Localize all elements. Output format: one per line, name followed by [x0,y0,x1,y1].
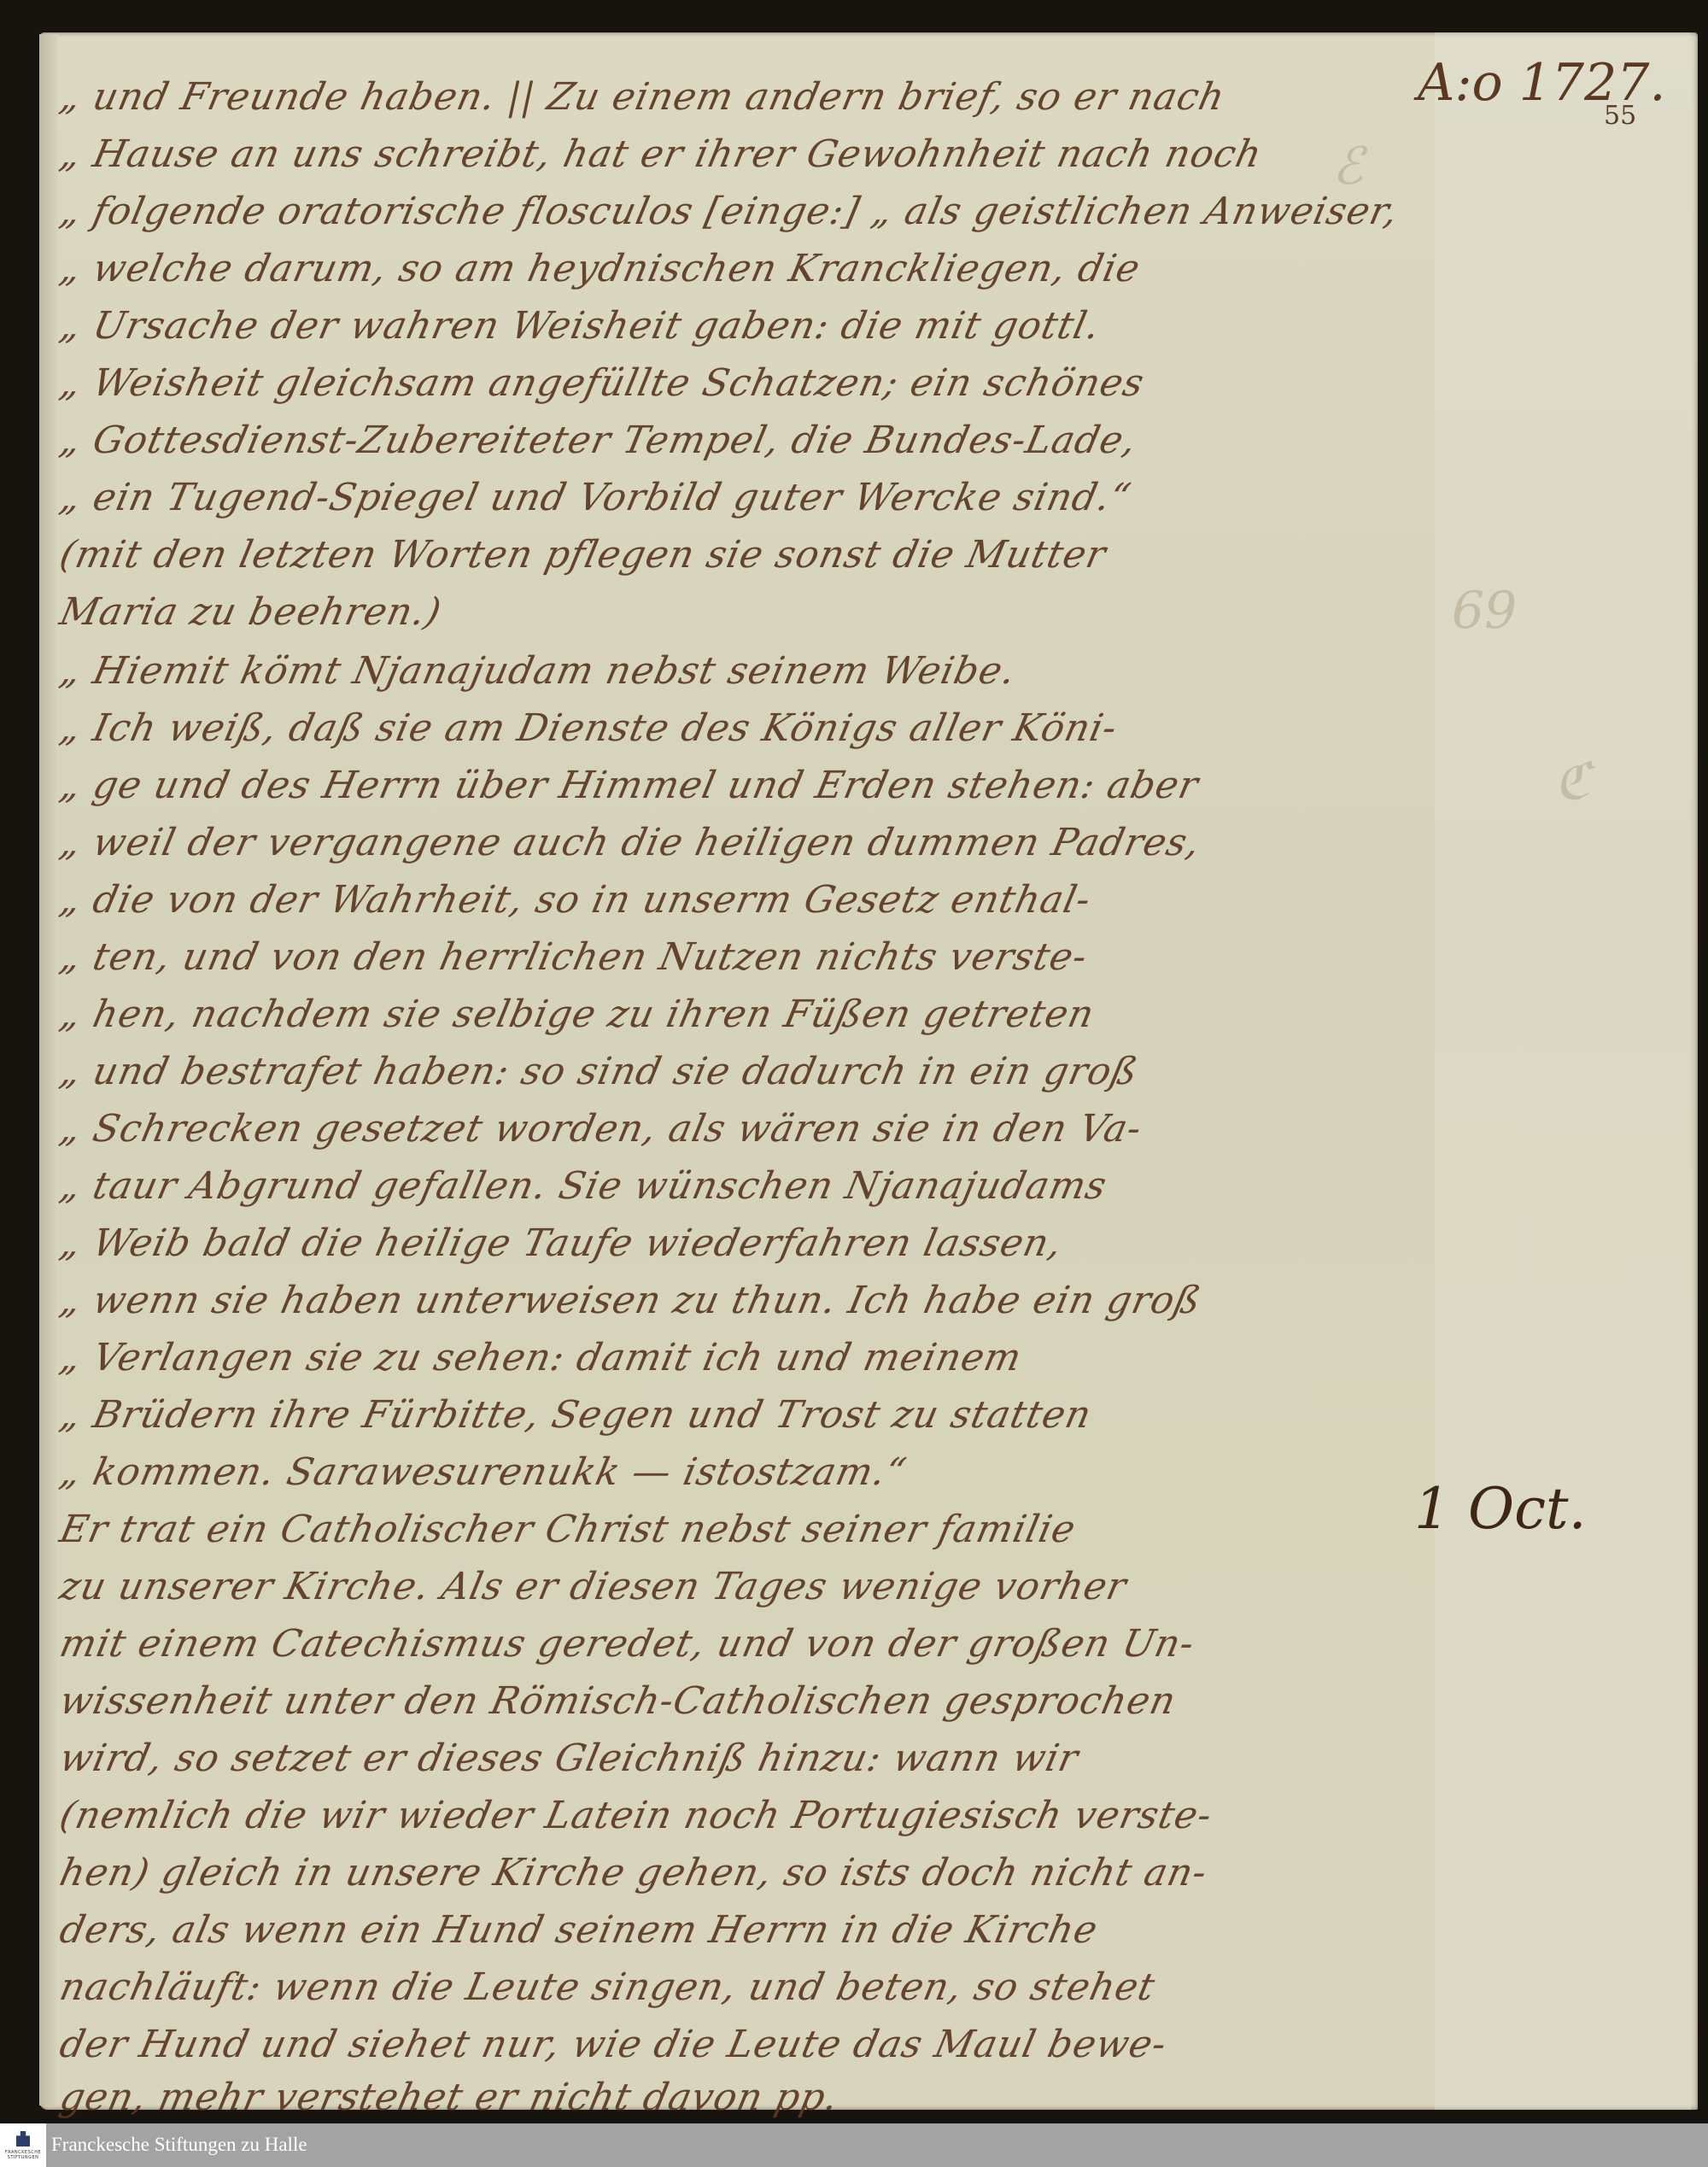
text-line: nachläuft: wenn die Leute singen, und be… [55,1965,1160,2017]
institution-logo[interactable]: FRANCKESCHE STIFTUNGEN [0,2123,46,2167]
text-line: „ ten, und von den herrlichen Nutzen nic… [55,935,1091,987]
text-line: (mit den letzten Worten pflegen sie sons… [55,533,1110,584]
text-line: „ Ich weiß, daß sie am Dienste des König… [55,706,1121,758]
text-line: hen) gleich in unsere Kirche gehen, so i… [55,1851,1212,1902]
text-line: „ Brüdern ihre Fürbitte, Segen und Trost… [55,1393,1096,1444]
text-line: „ ge und des Herrn über Himmel und Erden… [55,764,1202,815]
manuscript-scan: ℰ 69 ℭ A:o 1727. 55 „ und Freunde haben.… [0,0,1708,2118]
text-line: der Hund und siehet nur, wie die Leute d… [55,2023,1171,2074]
text-line: „ hen, nachdem sie selbige zu ihren Füße… [55,993,1098,1044]
text-line: „ Weib bald die heilige Taufe wiederfahr… [55,1221,1067,1273]
text-line: „ Weisheit gleichsam angefüllte Schatzen… [55,361,1149,413]
founder-statue-icon [16,2131,30,2147]
ink-bleed-mark: ℰ [1332,137,1363,196]
page-binding-edge [39,34,58,2106]
text-line: gen, mehr verstehet er nicht davon pp. [55,2076,843,2127]
text-line: (nemlich die wir wieder Latein noch Port… [55,1794,1216,1845]
text-line: „ und Freunde haben. || Zu einem andern … [55,75,1229,126]
text-line: „ wenn sie haben unterweisen zu thun. Ic… [55,1279,1206,1330]
folio-number: 55 [1604,101,1636,131]
margin-date-note: 1 Oct. [1414,1476,1587,1542]
text-line: „ Hause an uns schreibt, hat er ihrer Ge… [55,132,1266,184]
text-line: „ Schrecken gesetzet worden, als wären s… [55,1107,1146,1158]
institution-name[interactable]: Franckesche Stiftungen zu Halle [51,2134,307,2156]
text-line: „ kommen. Sarawesurenukk — istostzam.“ [55,1450,911,1502]
text-line: zu unserer Kirche. Als er diesen Tages w… [55,1565,1131,1616]
text-line: „ und bestrafet haben: so sind sie dadur… [55,1050,1143,1101]
ink-bleed-mark: ℭ [1554,752,1590,811]
logo-wordmark: FRANCKESCHE STIFTUNGEN [2,2150,44,2160]
text-line: „ folgende oratorische flosculos [einge:… [55,190,1402,241]
right-margin [1435,32,1691,2110]
text-line: „ Verlangen sie zu sehen: damit ich und … [55,1336,1027,1387]
text-line: mit einem Catechismus geredet, und von d… [55,1622,1199,1673]
ink-bleed-mark: 69 [1452,581,1517,641]
text-line: Er trat ein Catholischer Christ nebst se… [55,1508,1080,1559]
text-line: „ Hiemit kömt Njanajudam nebst seinem We… [55,649,1021,700]
text-line: wird, so setzet er dieses Gleichniß hinz… [55,1737,1083,1788]
text-line: „ die von der Wahrheit, so in unserm Ges… [55,878,1096,929]
logo-text-line2: STIFTUNGEN [2,2155,44,2160]
text-line: „ taur Abgrund gefallen. Sie wünschen Nj… [55,1164,1111,1215]
text-line: „ ein Tugend-Spiegel und Vorbild guter W… [55,476,1135,527]
text-line: wissenheit unter den Römisch-Catholische… [55,1679,1180,1731]
text-line: „ weil der vergangene auch die heiligen … [55,821,1205,872]
footer-bar: FRANCKESCHE STIFTUNGEN Franckesche Stift… [0,2123,1708,2167]
text-line: „ Ursache der wahren Weisheit gaben: die… [55,304,1104,355]
text-line: „ Gottesdienst-Zubereiteter Tempel, die … [55,419,1141,470]
text-line: ders, als wenn ein Hund seinem Herrn in … [55,1908,1103,1959]
text-line: Maria zu beehren.) [55,590,446,641]
text-line: „ welche darum, so am heydnischen Kranck… [55,247,1144,298]
